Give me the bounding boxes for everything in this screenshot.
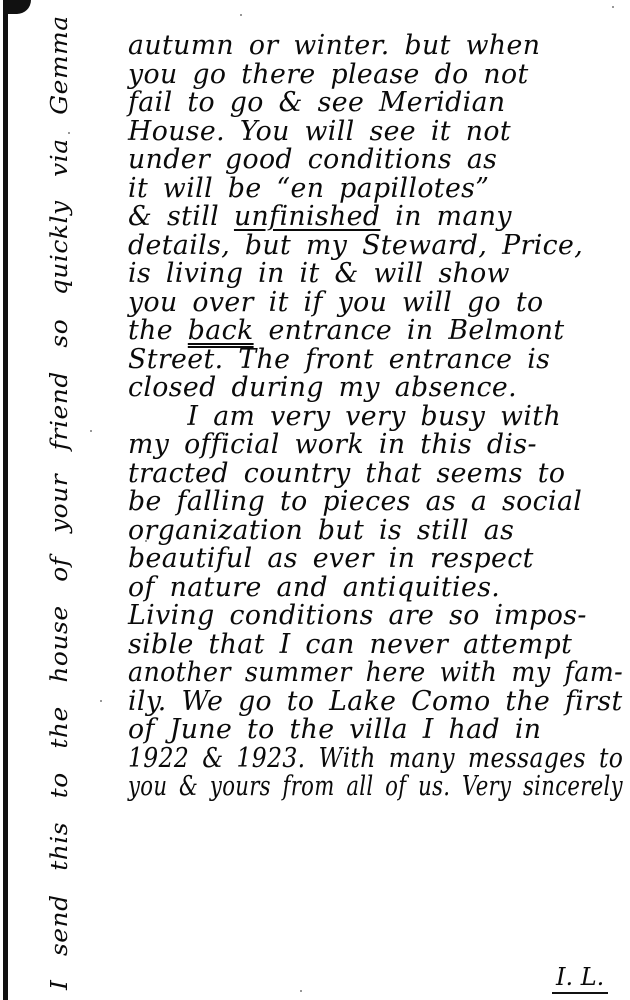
letter-line: you & yours from all of us. Very sincere…	[128, 773, 520, 802]
scan-speck	[240, 14, 242, 16]
letter-line: sible that I can never attempt	[128, 631, 623, 660]
letter-line: & still unfinished in many	[128, 203, 623, 232]
underlined-word: unfinished	[234, 201, 380, 232]
scan-speck	[145, 540, 147, 542]
letter-page: I send this to the house of your friend …	[0, 0, 630, 1000]
letter-line: tracted country that seems to	[128, 460, 623, 489]
letter-line: of June to the villa I had in	[128, 716, 623, 745]
scan-speck	[612, 6, 614, 8]
signature: I. L.	[552, 964, 608, 994]
double-underlined-word: back	[188, 315, 254, 346]
letter-text: in many	[380, 201, 511, 232]
scan-speck	[68, 132, 70, 134]
letter-text: & still	[128, 201, 234, 232]
letter-line: details, but my Steward, Price,	[128, 232, 623, 261]
letter-line: the back entrance in Belmont	[128, 317, 623, 346]
scan-edge	[3, 0, 8, 1000]
letter-line: you over it if you will go to	[128, 289, 623, 318]
scan-speck	[420, 640, 422, 642]
margin-note: I send this to the house of your friend …	[40, 0, 80, 990]
letter-line: ily. We go to Lake Como the first	[128, 688, 622, 717]
letter-body: autumn or winter. but when you go there …	[128, 32, 628, 802]
letter-line: another summer here with my fam-	[128, 659, 597, 688]
scan-speck	[100, 700, 102, 702]
letter-line: of nature and antiquities.	[128, 574, 623, 603]
letter-line: House. You will see it not	[128, 118, 623, 147]
letter-line: my official work in this dis-	[128, 431, 623, 460]
letter-line: Living conditions are so impos-	[128, 602, 623, 631]
letter-line: Street. The front entrance is	[128, 346, 623, 375]
letter-line: is living in it & will show	[128, 260, 623, 289]
letter-line: organization but is still as	[128, 517, 623, 546]
letter-line: under good conditions as	[128, 146, 623, 175]
letter-line: closed during my absence.	[128, 374, 623, 403]
letter-line: be falling to pieces as a social	[128, 488, 623, 517]
letter-line: you go there please do not	[128, 61, 623, 90]
margin-note-text: I send this to the house of your friend …	[40, 15, 80, 990]
letter-line: I am very very busy with	[128, 403, 623, 432]
letter-line: 1922 & 1923. With many messages to	[128, 745, 563, 774]
letter-line: beautiful as ever in respect	[128, 545, 623, 574]
letter-text: the	[128, 315, 188, 346]
scan-speck	[300, 990, 302, 992]
letter-line: fail to go & see Meridian	[128, 89, 623, 118]
scan-edge-corner	[3, 0, 31, 14]
scan-speck	[90, 430, 92, 432]
letter-text: entrance in Belmont	[254, 315, 565, 346]
letter-line: it will be “en papillotes”	[128, 175, 623, 204]
letter-line: autumn or winter. but when	[128, 32, 623, 61]
